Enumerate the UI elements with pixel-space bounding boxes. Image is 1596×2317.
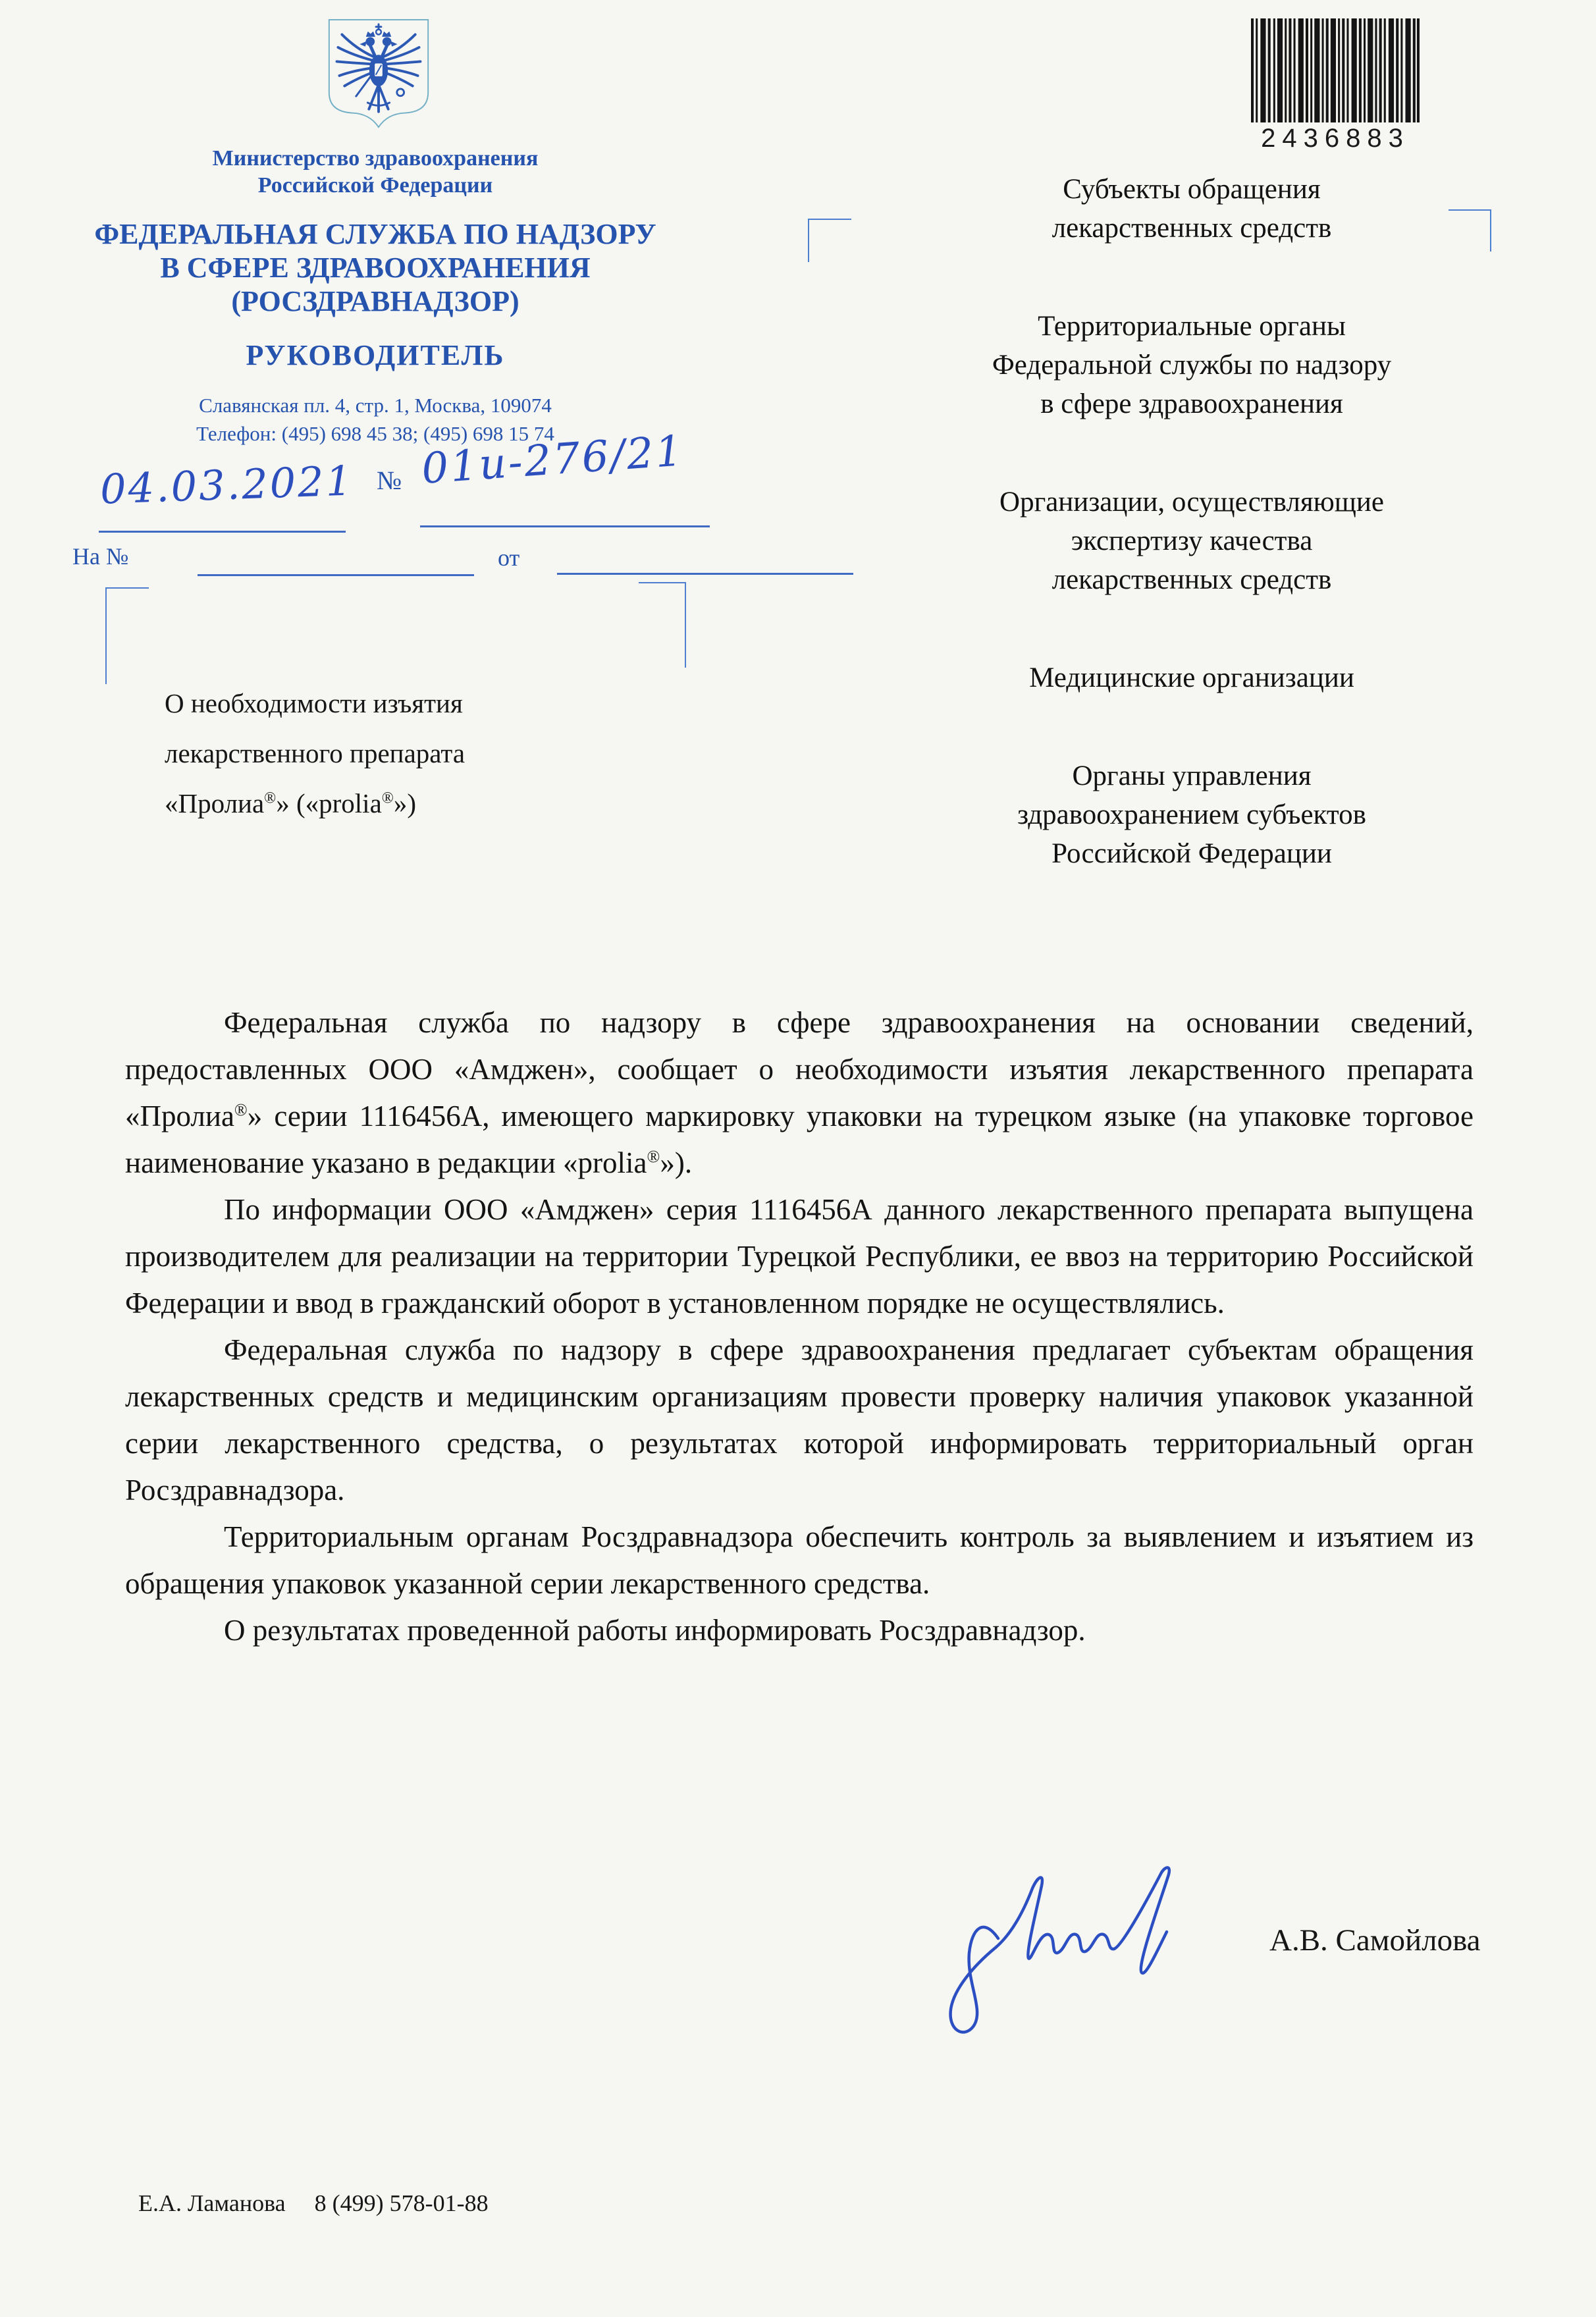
executor-phone: 8 (499) 578-01-88 — [315, 2190, 489, 2216]
letter-body: Федеральная служба по надзору в сфере зд… — [125, 999, 1474, 1654]
subject-zone-corner-top-left — [105, 587, 149, 684]
document-page: 2436883 Министерство здравоохранения Рос… — [0, 0, 1596, 2317]
addressee-zone-corner-top-left — [808, 219, 851, 262]
body-paragraph: Территориальным органам Росздравнадзора … — [125, 1514, 1474, 1607]
barcode-digits: 2436883 — [1251, 124, 1420, 153]
handwritten-signature-icon — [935, 1854, 1277, 2052]
body-paragraph: Федеральная служба по надзору в сфере зд… — [125, 1327, 1474, 1514]
reply-to-number-label: На № — [72, 543, 128, 570]
russian-coat-of-arms-icon — [324, 16, 433, 132]
body-paragraph: Федеральная служба по надзору в сфере зд… — [125, 999, 1474, 1186]
number-sign: № — [377, 465, 402, 496]
subject-zone-corner-top-right — [639, 582, 686, 668]
barcode-bars-icon — [1251, 18, 1420, 122]
signer-name: А.В. Самойлова — [1269, 1923, 1481, 1958]
reply-number-blank — [198, 574, 474, 576]
subject-line-text: О необходимости изъятия — [165, 678, 705, 728]
addressee-item: Территориальные органыФедеральной службы… — [912, 307, 1472, 423]
body-paragraph: По информации ООО «Амджен» серия 1116456… — [125, 1186, 1474, 1327]
letterhead-address: Славянская пл. 4, стр. 1, Москва, 109074 — [20, 394, 731, 417]
subject-line: О необходимости изъятиялекарственного пр… — [165, 678, 705, 828]
subject-line-text: лекарственного препарата — [165, 728, 705, 778]
subject-line-text: «Пролиа®» («prolia®») — [165, 778, 705, 828]
reply-date-blank — [557, 573, 853, 575]
addressee-item: Медицинские организации — [912, 658, 1472, 697]
ministry-name: Министерство здравоохранения Российской … — [20, 145, 731, 199]
handwritten-date: 04.03.2021 — [99, 456, 354, 513]
executor-line: Е.А. Ламанова8 (499) 578-01-88 — [138, 2189, 489, 2217]
executor-name: Е.А. Ламанова — [138, 2190, 286, 2216]
barcode: 2436883 — [1251, 18, 1420, 153]
reply-from-label: от — [498, 544, 519, 572]
signer-position: РУКОВОДИТЕЛЬ — [20, 338, 731, 372]
addressee-list: Субъекты обращениялекарственных средствТ… — [912, 170, 1472, 873]
body-paragraph: О результатах проведенной работы информи… — [125, 1607, 1474, 1654]
service-name: ФЕДЕРАЛЬНАЯ СЛУЖБА ПО НАДЗОРУ В СФЕРЕ ЗД… — [20, 217, 731, 318]
addressee-item: Субъекты обращениялекарственных средств — [912, 170, 1472, 248]
addressee-item: Организации, осуществляющиеэкспертизу ка… — [912, 483, 1472, 599]
addressee-item: Органы управленияздравоохранением субъек… — [912, 757, 1472, 873]
number-underline — [420, 525, 710, 527]
date-underline — [99, 531, 346, 533]
